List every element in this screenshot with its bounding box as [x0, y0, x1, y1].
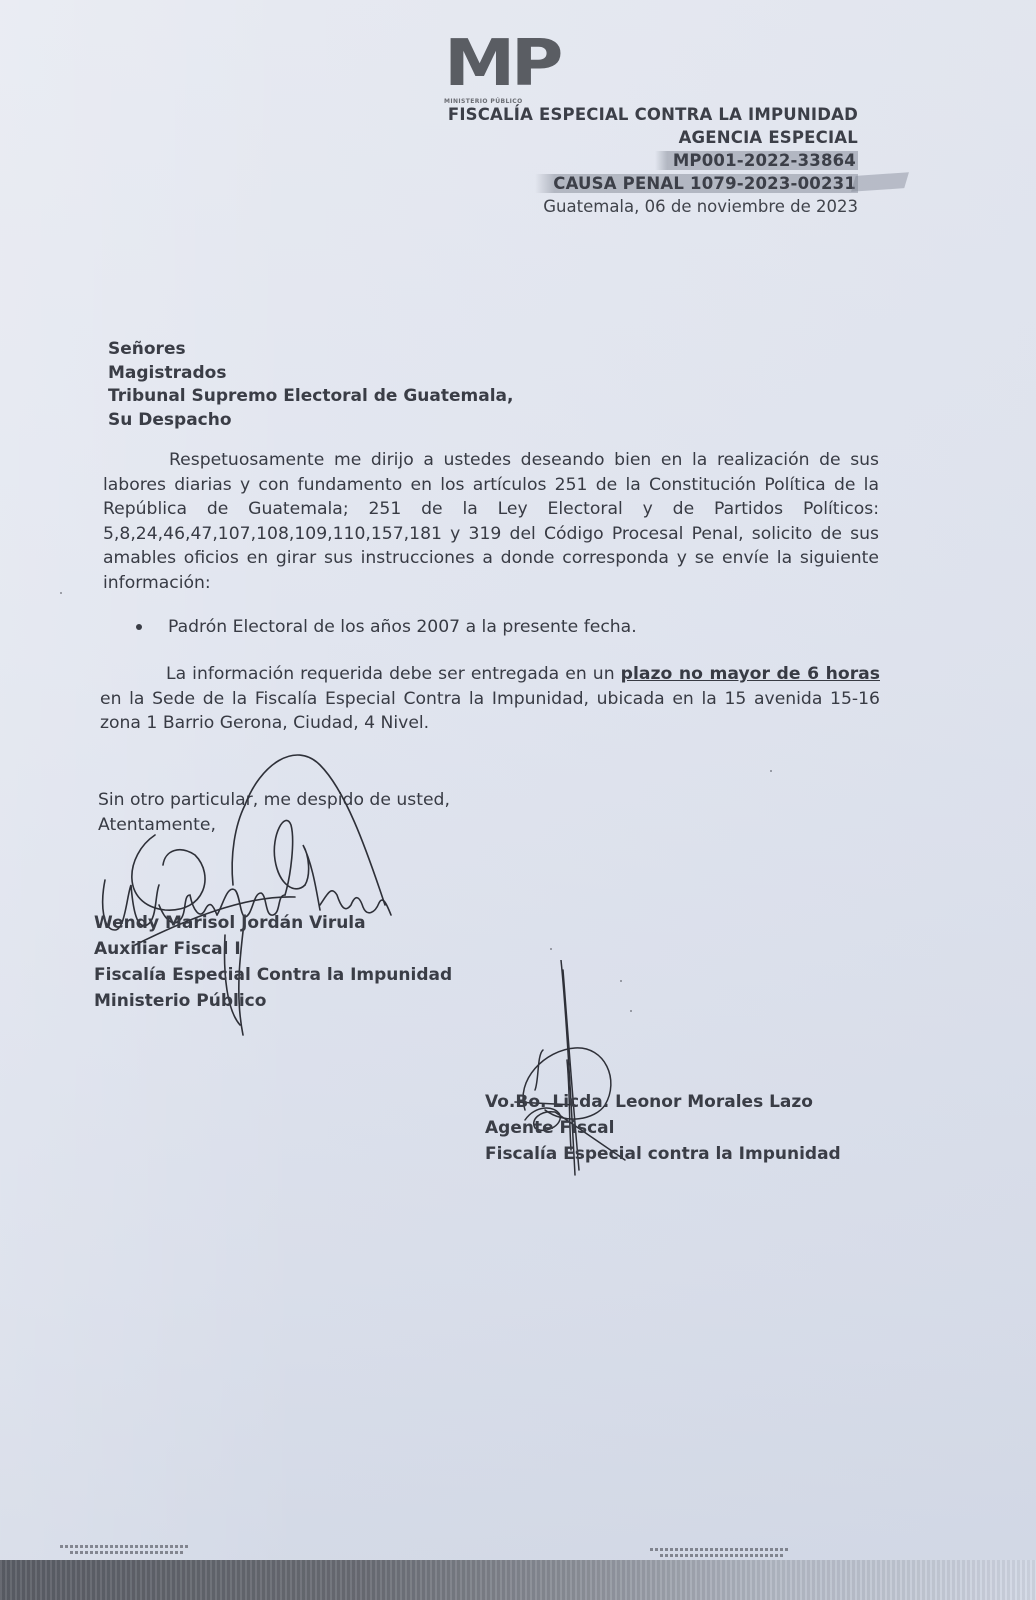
signer-block-1: Wendy Marisol Jordán Virula Auxiliar Fis…	[94, 910, 452, 1014]
scan-speck	[770, 770, 772, 772]
signer-2-title: Agente Fiscal	[485, 1115, 841, 1141]
scan-speck	[630, 1010, 632, 1012]
deadline-text-end: en la Sede de la Fiscalía Especial Contr…	[100, 689, 880, 734]
deadline-emphasis: plazo no mayor de 6 horas	[621, 664, 880, 684]
scan-streak	[60, 1545, 190, 1548]
request-paragraph: Respetuosamente me dirijo a ustedes dese…	[103, 448, 879, 595]
signer-1-office: Fiscalía Especial Contra la Impunidad	[94, 962, 452, 988]
scan-speck	[60, 592, 62, 594]
letterhead: FISCALÍA ESPECIAL CONTRA LA IMPUNIDAD AG…	[448, 103, 858, 218]
place-and-date: Guatemala, 06 de noviembre de 2023	[448, 195, 858, 218]
mp-logo: MP MINISTERIO PÚBLICO	[444, 34, 564, 105]
signer-1-title: Auxiliar Fiscal I	[94, 936, 452, 962]
agency-name: AGENCIA ESPECIAL	[448, 126, 858, 149]
scan-streak	[650, 1548, 790, 1551]
deadline-text-start: La información requerida debe ser entreg…	[166, 664, 621, 684]
scan-streak	[70, 1551, 185, 1554]
scan-speck	[620, 980, 622, 982]
closing-regards: Atentamente,	[98, 813, 450, 838]
request-text: Respetuosamente me dirijo a ustedes dese…	[103, 450, 879, 593]
closing-line: Sin otro particular, me despido de usted…	[98, 788, 450, 813]
addressee-office: Su Despacho	[108, 409, 513, 433]
addressee-block: Señores Magistrados Tribunal Supremo Ele…	[108, 338, 513, 432]
case-number: MP001-2022-33864	[655, 151, 858, 170]
signer-block-2: Vo.Bo. Licda. Leonor Morales Lazo Agente…	[485, 1089, 841, 1167]
signer-2-name: Vo.Bo. Licda. Leonor Morales Lazo	[485, 1089, 841, 1115]
deadline-paragraph: La información requerida debe ser entreg…	[100, 662, 880, 736]
scan-speck	[550, 948, 552, 950]
logo-mark: MP	[444, 34, 578, 94]
requested-items-list: Padrón Electoral de los años 2007 a la p…	[130, 617, 637, 637]
criminal-case-number: CAUSA PENAL 1079-2023-00231	[535, 174, 858, 193]
bullet-icon	[136, 624, 142, 630]
signer-1-name: Wendy Marisol Jordán Virula	[94, 910, 452, 936]
scanner-edge-band	[0, 1560, 1036, 1600]
addressee-institution: Tribunal Supremo Electoral de Guatemala,	[108, 385, 513, 409]
office-name: FISCALÍA ESPECIAL CONTRA LA IMPUNIDAD	[448, 103, 858, 126]
addressee-title: Magistrados	[108, 362, 513, 386]
closing-block: Sin otro particular, me despido de usted…	[98, 788, 450, 838]
highlighter-mark	[851, 172, 909, 192]
scan-streak	[660, 1554, 785, 1557]
signer-1-institution: Ministerio Público	[94, 988, 452, 1014]
list-item: Padrón Electoral de los años 2007 a la p…	[130, 617, 637, 637]
signer-2-office: Fiscalía Especial contra la Impunidad	[485, 1141, 841, 1167]
addressee-salutation: Señores	[108, 338, 513, 362]
